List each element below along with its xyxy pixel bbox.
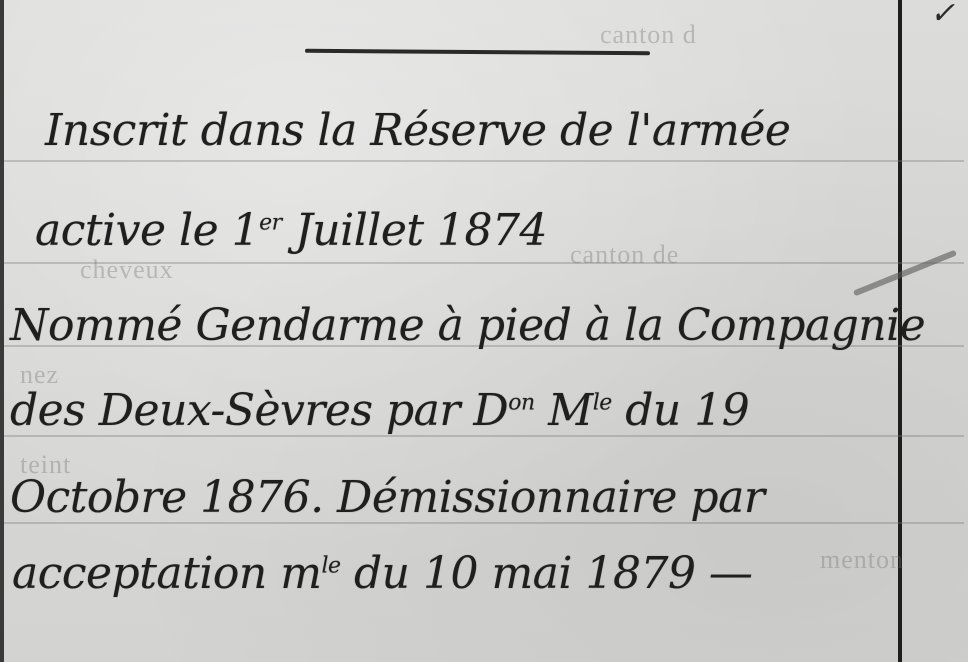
pencil-mark xyxy=(853,250,957,297)
superscript: le xyxy=(321,553,340,578)
check-mark-icon: ✓ xyxy=(930,0,955,31)
superscript: er xyxy=(259,210,282,235)
entry-text: acceptation m xyxy=(12,548,321,599)
entry-line-1: Inscrit dans la Réserve de l'armée xyxy=(45,105,790,156)
entry-text: M xyxy=(535,385,593,436)
entry-text: du 19 xyxy=(612,385,749,436)
left-page-border xyxy=(0,0,4,662)
entry-line-4: des Deux-Sèvres par Don Mle du 19 xyxy=(10,385,749,436)
entry-text: Inscrit dans la Réserve de l'armée xyxy=(45,105,790,156)
bleed-through-text: menton xyxy=(820,545,904,575)
entry-line-5: Octobre 1876. Démissionnaire par xyxy=(10,472,764,523)
entry-text: des Deux-Sèvres par D xyxy=(10,385,508,436)
scanned-register-page: canton d canton de cheveux nez teint men… xyxy=(0,0,968,662)
ruled-line xyxy=(4,160,964,162)
entry-text: active le 1 xyxy=(35,205,259,256)
bleed-through-text: canton d xyxy=(600,20,697,50)
entry-text: Octobre 1876. Démissionnaire par xyxy=(10,472,764,523)
superscript: on xyxy=(508,390,534,415)
entry-line-3: Nommé Gendarme à pied à la Compagnie xyxy=(10,300,925,351)
bleed-through-text: cheveux xyxy=(80,255,174,285)
entry-line-6: acceptation mle du 10 mai 1879 — xyxy=(12,548,752,599)
entry-text: Nommé Gendarme à pied à la Compagnie xyxy=(10,300,925,351)
bleed-through-text: canton de xyxy=(570,240,679,270)
entry-text: Juillet 1874 xyxy=(282,205,547,256)
heading-flourish xyxy=(305,49,650,55)
superscript: le xyxy=(593,390,612,415)
entry-text: du 10 mai 1879 — xyxy=(341,548,753,599)
entry-line-2: active le 1er Juillet 1874 xyxy=(35,205,547,256)
